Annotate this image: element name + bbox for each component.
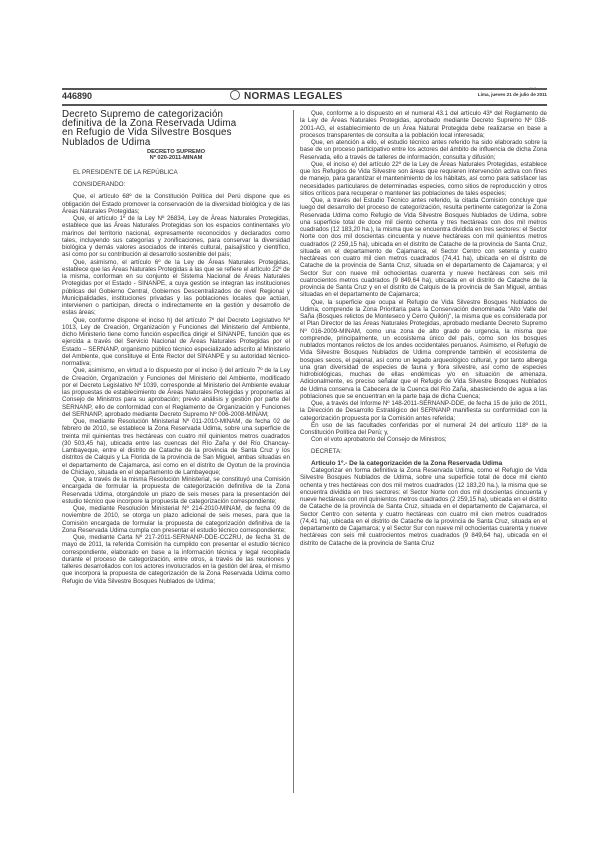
paragraph: Con el voto aprobatorio del Consejo de M… xyxy=(300,436,547,443)
column-divider xyxy=(293,110,294,793)
paragraph: Que, en atención a ello, el estudio técn… xyxy=(300,139,547,161)
paragraph: Que, a través de la misma Resolución Min… xyxy=(62,476,290,505)
publication-name: El Peruano xyxy=(478,87,547,91)
article-heading: Artículo 1º.- De la categorización de la… xyxy=(300,460,547,467)
article-text: Categorizar en forma definitiva la Zona … xyxy=(300,467,547,547)
paragraph: Que, el inciso e) del artículo 22º de la… xyxy=(300,161,547,197)
peru-coat-of-arms-icon xyxy=(230,90,240,100)
issuer: EL PRESIDENTE DE LA REPÚBLICA xyxy=(62,169,290,176)
paragraph: Que, el artículo 1º de la Ley Nº 26834, … xyxy=(62,215,290,259)
decree-title: Decreto Supremo de categorización defini… xyxy=(62,110,290,147)
page-number: 446890 xyxy=(62,91,92,101)
publication-info: El Peruano Lima, jueves 21 de julio de 2… xyxy=(478,87,547,97)
paragraph: Que, mediante Resolución Ministerial Nº … xyxy=(62,505,290,534)
considerando-label: CONSIDERANDO: xyxy=(62,181,290,188)
paragraph: Que, el artículo 68º de la Constitución … xyxy=(62,193,290,215)
paragraph: Que, a través del Informe Nº 148-2011-SE… xyxy=(300,400,547,422)
paragraph: Que, mediante Carta Nº 217-2011-SERNANP-… xyxy=(62,534,290,585)
page-header: 446890 NORMAS LEGALES El Peruano Lima, j… xyxy=(62,88,547,106)
paragraph: Que, asimismo, en virtud a lo dispuesto … xyxy=(62,367,290,418)
paragraph: Que, conforme dispone el inciso h) del a… xyxy=(62,317,290,368)
left-column: Decreto Supremo de categorización defini… xyxy=(62,110,290,585)
paragraph: En uso de las facultades conferidas por … xyxy=(300,422,547,437)
publication-date: Lima, jueves 21 de julio de 2011 xyxy=(478,92,547,97)
right-column: Que, conforme a lo dispuesto en el numer… xyxy=(300,110,547,547)
decreta-label: DECRETA: xyxy=(300,448,547,455)
paragraph: Que, conforme a lo dispuesto en el numer… xyxy=(300,110,547,139)
section-title: NORMAS LEGALES xyxy=(230,90,343,102)
document-page: 446890 NORMAS LEGALES El Peruano Lima, j… xyxy=(62,88,547,106)
decree-number-block: DECRETO SUPREMO Nº 020-2011-MINAM xyxy=(62,149,290,162)
paragraph: Que, asimismo, el artículo 6º de la Ley … xyxy=(62,259,290,317)
paragraph: Que, mediante Resolución Ministerial Nº … xyxy=(62,418,290,476)
paragraph: Que, a través del Estudio Técnico antes … xyxy=(300,197,547,299)
paragraph: Que, la superficie que ocupa el Refugio … xyxy=(300,299,547,401)
decree-number: Nº 020-2011-MINAM xyxy=(62,155,290,162)
